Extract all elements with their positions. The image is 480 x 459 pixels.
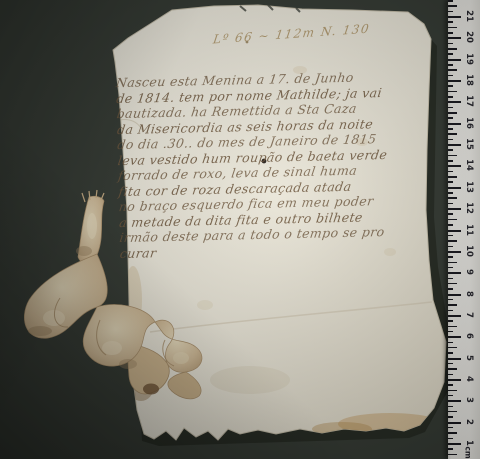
ruler-tick xyxy=(448,304,457,306)
ruler-tick xyxy=(448,432,457,434)
ruler-tick xyxy=(448,187,461,189)
ruler-tick xyxy=(448,21,453,23)
ruler-tick xyxy=(448,256,453,258)
ruler-tick xyxy=(448,310,453,312)
ribbon-stain xyxy=(143,384,159,395)
ruler-tick xyxy=(448,235,453,237)
ruler-tick xyxy=(448,363,453,365)
ruler-number: 19 xyxy=(464,53,474,65)
ruler-tick xyxy=(448,213,453,215)
ruler-tick xyxy=(448,406,453,408)
ruler-tick xyxy=(448,64,453,66)
photo-stage: Lº 66 ~ 112m N. 130 Nasceu esta Menina a… xyxy=(0,0,480,459)
ruler-tick xyxy=(448,368,457,370)
manuscript-text: Nasceu esta Menina a 17. de Junhode 1814… xyxy=(116,69,390,261)
ruler-tick xyxy=(448,326,457,328)
ruler-number: 12 xyxy=(464,202,474,214)
ruler-tick xyxy=(448,155,457,157)
ruler-tick xyxy=(448,5,457,7)
ruler-tick xyxy=(448,139,453,141)
manuscript-lines: Nasceu esta Menina a 17. de Junhode 1814… xyxy=(116,69,390,261)
ruler-tick xyxy=(448,395,453,397)
ruler-tick xyxy=(448,390,457,392)
ruler-tick xyxy=(448,219,457,221)
ruler-tick xyxy=(448,240,457,242)
ruler-tick xyxy=(448,181,453,183)
ruler-tick xyxy=(448,85,453,87)
ruler-tick xyxy=(448,160,453,162)
ruler-tick xyxy=(448,320,453,322)
ruler-tick xyxy=(448,443,461,445)
ruler-tick xyxy=(448,171,453,173)
ruler-number: 15 xyxy=(464,138,474,150)
ruler-tick xyxy=(448,230,461,232)
ruler-tick xyxy=(448,37,461,39)
ruler-number: 21 xyxy=(464,10,474,22)
ruler-number: 9 xyxy=(464,266,474,278)
ruler-number: 11 xyxy=(464,224,474,236)
ruler-tick xyxy=(448,224,453,226)
ruler-tick xyxy=(448,347,457,349)
ruler-tick xyxy=(448,203,453,205)
ruler-tick xyxy=(448,315,461,317)
ruler-tick xyxy=(448,144,461,146)
ruler-tick xyxy=(448,176,457,178)
ruler-tick xyxy=(448,288,453,290)
ruler-tick xyxy=(448,422,461,424)
ruler-tick xyxy=(448,342,453,344)
ruler-tick xyxy=(448,278,453,280)
ruler-tick xyxy=(448,427,453,429)
ruler-tick xyxy=(448,374,453,376)
ruler-number: 3 xyxy=(464,394,474,406)
ruler-tick xyxy=(448,251,461,253)
ruler-tick xyxy=(448,117,453,119)
ruler-tick xyxy=(448,400,461,402)
ruler-tick xyxy=(448,384,453,386)
ruler-tick xyxy=(448,352,453,354)
ruler-tick xyxy=(448,165,461,167)
ruler-tick xyxy=(448,208,461,210)
ruler-tick xyxy=(448,197,457,199)
ruler-tick xyxy=(448,192,453,194)
ruler-number: 5 xyxy=(464,352,474,364)
ruler-tick xyxy=(448,91,457,93)
ruler-number: 14 xyxy=(464,159,474,171)
ruler-tick xyxy=(448,336,461,338)
ruler-tick xyxy=(448,43,453,45)
ruler-tick xyxy=(448,59,461,61)
ruler-tick xyxy=(448,53,453,55)
ruler-number: 20 xyxy=(464,31,474,43)
ruler-tick xyxy=(448,272,461,274)
ruler-number: 18 xyxy=(464,74,474,86)
ruler-tick xyxy=(448,299,453,301)
ruler-tick xyxy=(448,267,453,269)
ruler-tick xyxy=(448,379,461,381)
ruler-tick xyxy=(448,416,453,418)
ruler-number: 10 xyxy=(464,245,474,257)
ruler-tick xyxy=(448,438,453,440)
ruler-tick xyxy=(448,27,457,29)
ruler-tick xyxy=(448,262,457,264)
ruler-tick xyxy=(448,294,461,296)
ruler-tick xyxy=(448,16,461,18)
ruler-tick xyxy=(448,246,453,248)
ruler-tick xyxy=(448,411,457,413)
ruler-number: 8 xyxy=(464,288,474,300)
ruler-tick xyxy=(448,80,461,82)
ruler-tick xyxy=(448,448,453,450)
ruler-tick xyxy=(448,75,453,77)
ruler-unit-label: cm xyxy=(464,446,473,458)
ruler-tick xyxy=(448,32,453,34)
ruler-tick xyxy=(448,149,453,151)
ruler-tick xyxy=(448,107,453,109)
ruler-tick xyxy=(448,101,461,103)
ruler-tick xyxy=(448,133,457,135)
ruler-number: 17 xyxy=(464,95,474,107)
ruler-number: 4 xyxy=(464,373,474,385)
ruler-tick xyxy=(448,112,457,114)
ruler-number: 2 xyxy=(464,416,474,428)
ruler-tick xyxy=(448,283,457,285)
ruler-tick xyxy=(448,11,453,13)
ruler-number: 7 xyxy=(464,309,474,321)
measuring-ruler: 212019181716151413121110987654321cm xyxy=(448,0,480,459)
ruler-tick xyxy=(448,331,453,333)
ruler-tick xyxy=(448,69,457,71)
ruler-tick xyxy=(448,454,457,456)
ruler-tick xyxy=(448,48,457,50)
ruler-tick xyxy=(448,123,461,125)
ruler-number: 6 xyxy=(464,330,474,342)
ruler-tick xyxy=(448,128,453,130)
ruler-number: 16 xyxy=(464,117,474,129)
ruler-tick xyxy=(448,0,453,2)
ruler-number: 13 xyxy=(464,181,474,193)
ruler-tick xyxy=(448,358,461,360)
ruler-tick xyxy=(448,96,453,98)
